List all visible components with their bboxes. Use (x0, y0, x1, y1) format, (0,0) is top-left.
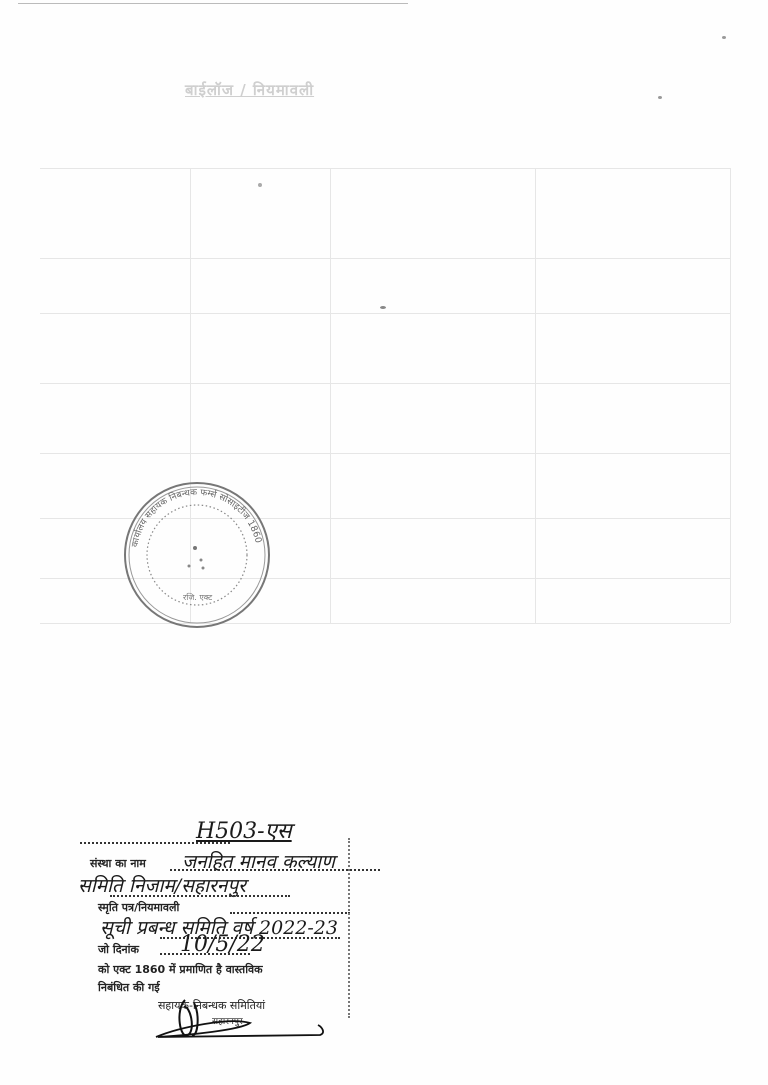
stamp-dotted-border (348, 838, 350, 1018)
signature-icon (150, 995, 330, 1045)
registration-number: H503-एस (196, 815, 292, 845)
date-label: जो दिनांक (98, 942, 139, 957)
filed-text: निबंधित की गई (98, 980, 160, 995)
scanned-page: बाईलॉज / नियमावली कार्यालय सहायक निबन्धक… (0, 0, 768, 1085)
rules-label: स्मृति पत्र/नियमावली (98, 900, 179, 915)
act-text: को एक्ट 1860 में प्रमाणित है वास्तविक (98, 962, 263, 977)
svg-text:रजि. एक्ट: रजि. एक्ट (183, 592, 213, 602)
document-title: बाईलॉज / नियमावली (185, 80, 314, 100)
official-seal-icon: कार्यालय सहायक निबन्धक फर्म्स सोसाइटीज 1… (117, 480, 277, 630)
scan-edge-line (18, 3, 408, 4)
org-name-label: संस्था का नाम (90, 856, 146, 871)
